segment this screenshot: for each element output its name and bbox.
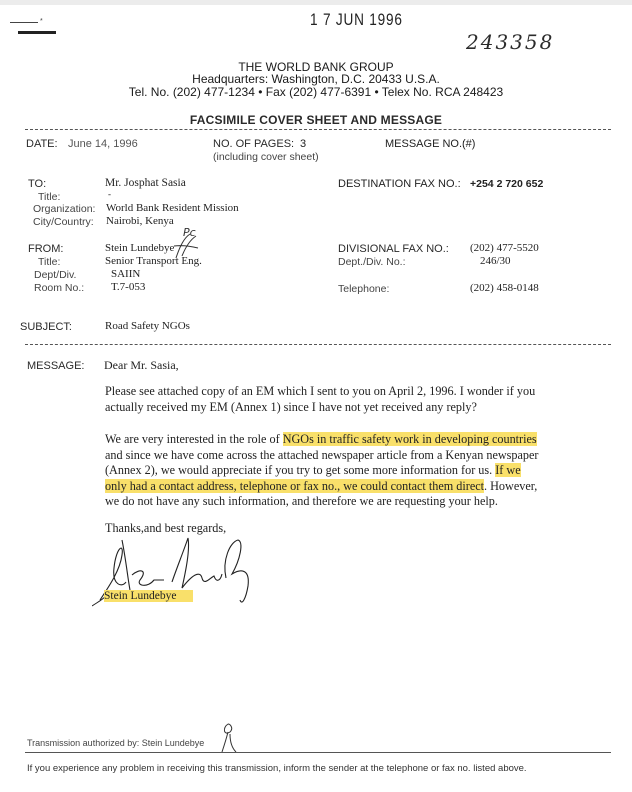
from-room-label: Room No.:	[34, 282, 84, 294]
to-label: TO:	[28, 178, 46, 190]
highlighted-text: NGOs in traffic safety work in developin…	[283, 432, 537, 446]
organization-headquarters: Headquarters: Washington, D.C. 20433 U.S…	[0, 72, 632, 86]
from-dept-value: SAIIN	[111, 268, 140, 280]
highlighted-text: only had a contact address, telephone or…	[105, 479, 484, 493]
to-name: Mr. Josphat Sasia	[105, 177, 186, 189]
divider	[25, 344, 611, 345]
highlighted-text: If we	[495, 463, 520, 477]
to-title-value: -	[108, 189, 111, 199]
message-paragraph-2: We are very interested in the role of NG…	[105, 432, 538, 510]
date-label: DATE:	[26, 138, 58, 150]
pages-value: 3	[300, 138, 306, 150]
from-title-value: Senior Transport Eng.	[105, 255, 202, 267]
message-paragraph-1: Please see attached copy of an EM which …	[105, 384, 535, 415]
authorization-initials	[218, 722, 238, 754]
handwritten-document-number: 243358	[466, 30, 554, 54]
subject-label: SUBJECT:	[20, 321, 72, 333]
pages-note: (including cover sheet)	[213, 151, 319, 163]
dept-div-no-label: Dept./Div. No.:	[338, 256, 406, 268]
message-line: only had a contact address, telephone or…	[105, 479, 538, 495]
message-line: actually received my EM (Annex 1) since …	[105, 400, 535, 416]
divider	[25, 129, 611, 130]
message-no-value: (#)	[462, 138, 475, 150]
telephone-label: Telephone:	[338, 283, 389, 295]
destination-fax-label: DESTINATION FAX NO.:	[338, 178, 461, 190]
message-no-label: MESSAGE NO.:	[385, 138, 465, 150]
divisional-fax-label: DIVISIONAL FAX NO.:	[338, 243, 449, 255]
date-value: June 14, 1996	[68, 138, 138, 150]
transmission-authorized: Transmission authorized by: Stein Lundeb…	[27, 738, 204, 748]
pages-label: NO. OF PAGES:	[213, 138, 294, 150]
subject-value: Road Safety NGOs	[105, 320, 190, 332]
scan-mark	[18, 31, 56, 34]
to-organization-label: Organization:	[33, 203, 95, 215]
from-label: FROM:	[28, 243, 63, 255]
from-title-label: Title:	[38, 256, 60, 268]
message-line: (Annex 2), we would appreciate if you tr…	[105, 463, 538, 479]
telephone-value: (202) 458-0148	[470, 282, 539, 294]
dept-div-no-value: 246/30	[480, 255, 511, 267]
divider	[25, 752, 611, 753]
to-title-label: Title:	[38, 191, 60, 203]
from-dept-label: Dept/Div.	[34, 269, 76, 281]
message-line: and since we have come across the attach…	[105, 448, 538, 464]
destination-fax-value: +254 2 720 652	[470, 178, 543, 190]
received-date-stamp: 1 7 JUN 1996	[310, 10, 403, 30]
message-line: we do not have any such information, and…	[105, 494, 538, 510]
scan-top-edge	[0, 0, 632, 5]
message-line: Please see attached copy of an EM which …	[105, 384, 535, 400]
from-room-value: T.7-053	[111, 281, 145, 293]
from-name: Stein Lundebye	[105, 242, 174, 254]
organization-contacts: Tel. No. (202) 477-1234 • Fax (202) 477-…	[0, 85, 632, 99]
form-title: FACSIMILE COVER SHEET AND MESSAGE	[0, 113, 632, 127]
message-label: MESSAGE:	[27, 360, 84, 372]
message-line: We are very interested in the role of NG…	[105, 432, 538, 448]
scan-mark	[10, 22, 38, 23]
message-salutation: Dear Mr. Sasia,	[104, 358, 179, 373]
to-city-value: Nairobi, Kenya	[106, 215, 174, 227]
signature-name: Stein Lundebye	[104, 589, 193, 605]
to-organization-value: World Bank Resident Mission	[106, 202, 239, 214]
to-city-label: City/Country:	[33, 216, 94, 228]
divisional-fax-value: (202) 477-5520	[470, 242, 539, 254]
scan-mark: *	[40, 18, 43, 25]
transmission-notice: If you experience any problem in receivi…	[27, 763, 527, 774]
